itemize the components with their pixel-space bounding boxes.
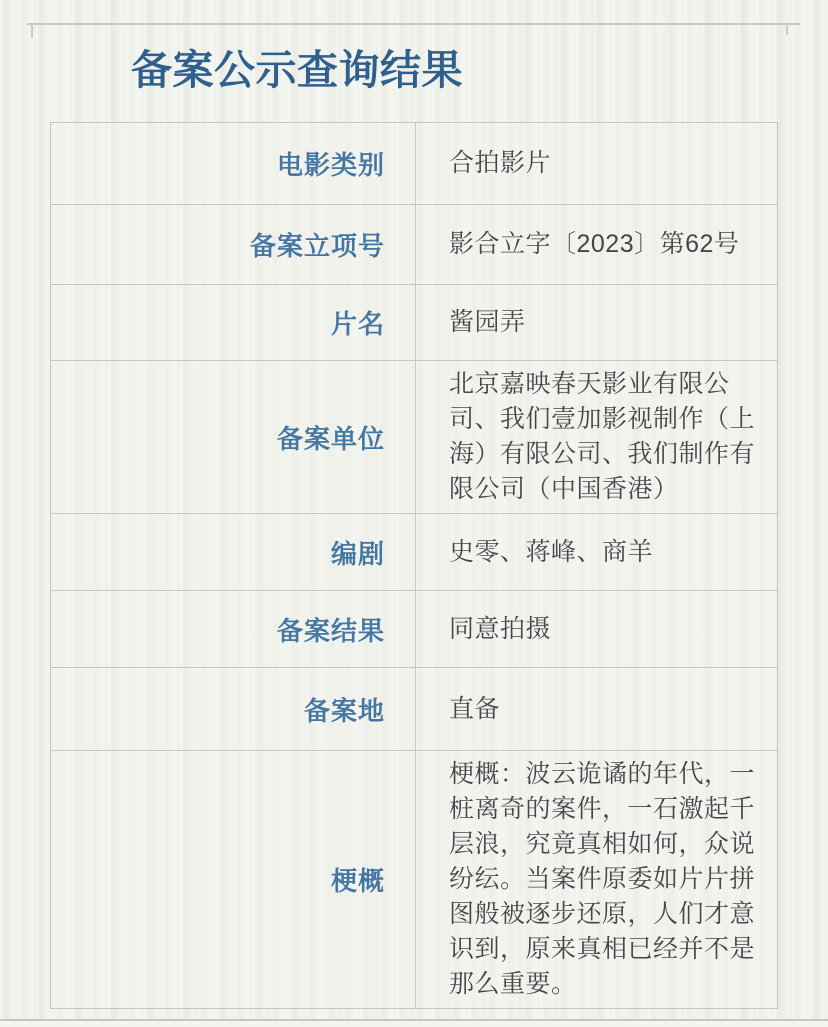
row-label: 片名 — [51, 285, 416, 360]
top-frame-corner-tick-right — [786, 23, 788, 35]
table-row-filing-place: 备案地 直备 — [51, 667, 777, 750]
row-value: 史零、蒋峰、商羊 — [416, 514, 777, 590]
row-label: 梗概 — [51, 751, 416, 1008]
below-frame-strip — [0, 1021, 828, 1027]
row-value: 同意拍摄 — [416, 591, 777, 667]
table-row-film-title: 片名 酱园弄 — [51, 284, 777, 360]
top-frame-line — [27, 23, 800, 25]
row-value: 影合立字〔2023〕第62号 — [416, 205, 777, 284]
row-label: 备案结果 — [51, 591, 416, 667]
filing-result-table: 电影类别 合拍影片 备案立项号 影合立字〔2023〕第62号 片名 酱园弄 备案… — [50, 122, 778, 1009]
table-row-screenwriter: 编剧 史零、蒋峰、商羊 — [51, 513, 777, 590]
row-label: 备案地 — [51, 668, 416, 750]
row-value: 合拍影片 — [416, 123, 777, 204]
table-row-film-category: 电影类别 合拍影片 — [51, 123, 777, 204]
row-label: 备案立项号 — [51, 205, 416, 284]
row-value: 梗概：波云诡谲的年代，一桩离奇的案件，一石激起千层浪，究竟真相如何，众说纷纭。当… — [416, 751, 777, 1008]
page-title: 备案公示查询结果 — [131, 37, 463, 96]
row-value: 直备 — [416, 668, 777, 750]
table-row-filing-company: 备案单位 北京嘉映春天影业有限公司、我们壹加影视制作（上海）有限公司、我们制作有… — [51, 360, 777, 513]
table-row-filing-number: 备案立项号 影合立字〔2023〕第62号 — [51, 204, 777, 284]
table-row-synopsis: 梗概 梗概：波云诡谲的年代，一桩离奇的案件，一石激起千层浪，究竟真相如何，众说纷… — [51, 750, 777, 1008]
row-label: 电影类别 — [51, 123, 416, 204]
row-value: 酱园弄 — [416, 285, 777, 360]
row-label: 备案单位 — [51, 361, 416, 513]
row-label: 编剧 — [51, 514, 416, 590]
top-frame-corner-tick-left — [31, 23, 33, 38]
row-value: 北京嘉映春天影业有限公司、我们壹加影视制作（上海）有限公司、我们制作有限公司（中… — [416, 361, 777, 513]
table-row-filing-result: 备案结果 同意拍摄 — [51, 590, 777, 667]
